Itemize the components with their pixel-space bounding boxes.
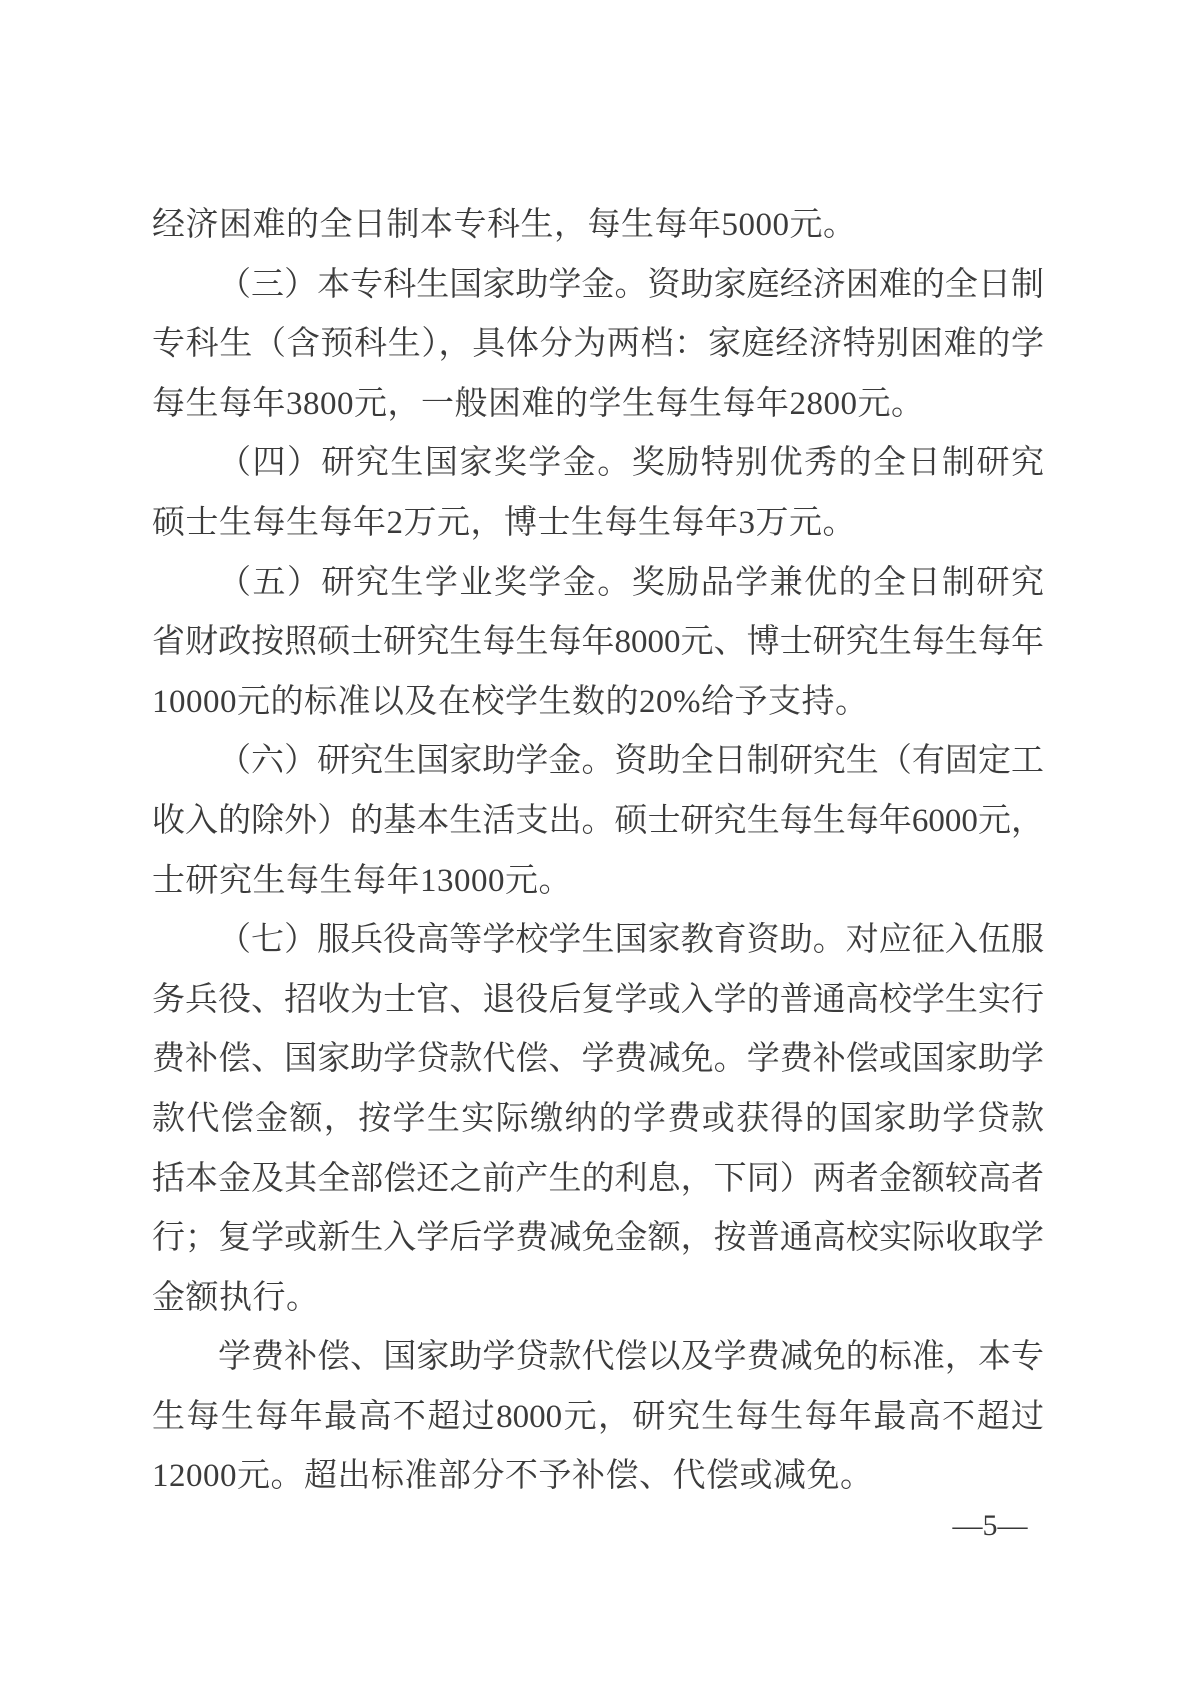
page-number: —5—	[930, 1506, 1050, 1546]
text-line: 省财政按照硕士研究生每生每年8000元、博士研究生每生每年	[152, 613, 1044, 673]
text-line: 每生每年3800元，一般困难的学生每生每年2800元。	[152, 375, 1044, 435]
text-line: （六）研究生国家助学金。资助全日制研究生（有固定工资	[152, 732, 1044, 792]
text-line: （三）本专科生国家助学金。资助家庭经济困难的全日制本	[152, 256, 1044, 316]
text-line: （七）服兵役高等学校学生国家教育资助。对应征入伍服义	[152, 911, 1044, 971]
text-line: （四）研究生国家奖学金。奖励特别优秀的全日制研究生，	[152, 434, 1044, 494]
text-line: 士研究生每生每年13000元。	[152, 852, 1044, 912]
text-line: 学费补偿、国家助学贷款代偿以及学费减免的标准，本专科	[152, 1328, 1044, 1388]
text-line: 金额执行。	[152, 1269, 1044, 1329]
document-body: 经济困难的全日制本专科生，每生每年5000元。 （三）本专科生国家助学金。资助家…	[152, 196, 1044, 1507]
text-line: 务兵役、招收为士官、退役后复学或入学的普通高校学生实行学	[152, 971, 1044, 1031]
document-page: 经济困难的全日制本专科生，每生每年5000元。 （三）本专科生国家助学金。资助家…	[0, 0, 1200, 1694]
text-line: （五）研究生学业奖学金。奖励品学兼优的全日制研究生，	[152, 554, 1044, 614]
text-line: 专科生（含预科生），具体分为两档：家庭经济特别困难的学生	[152, 315, 1044, 375]
text-line: 行；复学或新生入学后学费减免金额，按普通高校实际收取学费	[152, 1209, 1044, 1269]
text-line: 10000元的标准以及在校学生数的20%给予支持。	[152, 673, 1044, 733]
text-line: 款代偿金额，按学生实际缴纳的学费或获得的国家助学贷款（包	[152, 1090, 1044, 1150]
text-line: 费补偿、国家助学贷款代偿、学费减免。学费补偿或国家助学贷	[152, 1030, 1044, 1090]
text-line: 硕士生每生每年2万元，博士生每生每年3万元。	[152, 494, 1044, 554]
text-line: 12000元。超出标准部分不予补偿、代偿或减免。	[152, 1447, 1044, 1507]
text-line: 经济困难的全日制本专科生，每生每年5000元。	[152, 196, 1044, 256]
text-line: 收入的除外）的基本生活支出。硕士研究生每生每年6000元，博	[152, 792, 1044, 852]
text-line: 括本金及其全部偿还之前产生的利息，下同）两者金额较高者执	[152, 1150, 1044, 1210]
text-line: 生每生每年最高不超过8000元，研究生每生每年最高不超过	[152, 1388, 1044, 1448]
